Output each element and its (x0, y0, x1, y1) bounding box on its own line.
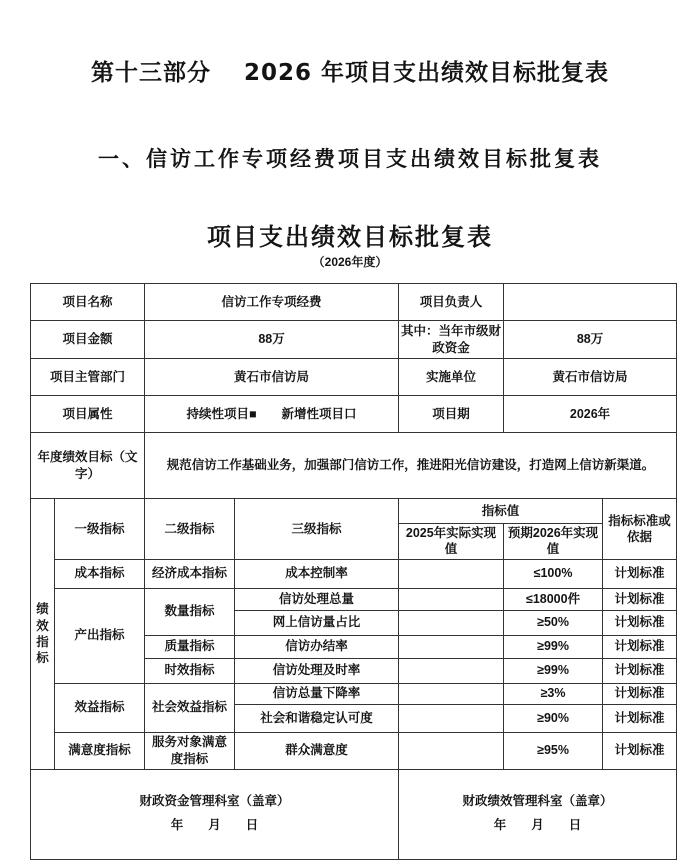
project-amount-value: 88万 (145, 321, 399, 359)
indicator-expected-2026-cell: ≥3% (504, 683, 603, 704)
project-leader-value (504, 284, 677, 321)
city-fund-label: 其中：当年市级财政资金 (399, 321, 504, 359)
indicator-actual-2025-cell (399, 610, 504, 635)
indicator-actual-2025-cell (399, 658, 504, 683)
indicator-standard-cell: 计划标准 (603, 635, 677, 658)
indicator-expected-2026-cell: ≥90% (504, 704, 603, 732)
header-actual-2025: 2025年实际实现值 (399, 524, 504, 560)
indicator-level3-cell: 信访总量下降率 (235, 683, 399, 704)
section-title: 一、信访工作专项经费项目支出绩效目标批复表 (0, 143, 700, 173)
indicator-standard-cell: 计划标准 (603, 683, 677, 704)
annual-goal-text: 规范信访工作基础业务，加强部门信访工作，推进阳光信访建设，打造网上信访新渠道。 (145, 433, 677, 499)
header-level2: 二级指标 (145, 499, 235, 560)
header-level3: 三级指标 (235, 499, 399, 560)
form-subtitle: （2026年度） (0, 253, 700, 270)
competent-dept-label: 项目主管部门 (31, 359, 145, 396)
header-level1: 一级指标 (55, 499, 145, 560)
approval-form-table: 项目名称 信访工作专项经费 项目负责人 项目金额 88万 其中：当年市级财政资金… (30, 283, 677, 860)
part-title: 第十三部分 2026 年项目支出绩效目标批复表 (0, 54, 700, 87)
indicator-level3-cell: 成本控制率 (235, 559, 399, 588)
header-value-group: 指标值 (399, 499, 603, 524)
indicator-actual-2025-cell (399, 732, 504, 769)
performance-indicator-side-label: 绩效指标 (31, 499, 55, 770)
indicator-expected-2026-cell: ≤100% (504, 559, 603, 588)
indicator-expected-2026-cell: ≥50% (504, 610, 603, 635)
project-attribute-label: 项目属性 (31, 396, 145, 433)
indicator-level3-cell: 社会和谐稳定认可度 (235, 704, 399, 732)
implement-unit-value: 黄石市信访局 (504, 359, 677, 396)
project-name-value: 信访工作专项经费 (145, 284, 399, 321)
annual-goal-label: 年度绩效目标（文字） (31, 433, 145, 499)
indicator-level3-cell: 网上信访量占比 (235, 610, 399, 635)
form-title: 项目支出绩效目标批复表 (0, 217, 700, 252)
indicator-standard-cell: 计划标准 (603, 658, 677, 683)
project-amount-label: 项目金额 (31, 321, 145, 359)
indicator-level3-cell: 信访处理及时率 (235, 658, 399, 683)
indicator-actual-2025-cell (399, 683, 504, 704)
indicator-level2-cell: 质量指标 (145, 635, 235, 658)
indicator-standard-cell: 计划标准 (603, 610, 677, 635)
project-period-label: 项目期 (399, 396, 504, 433)
indicator-actual-2025-cell (399, 635, 504, 658)
signoff-right-date: 年 月 日 (401, 814, 674, 838)
indicator-standard-cell: 计划标准 (603, 559, 677, 588)
project-period-value: 2026年 (504, 396, 677, 433)
header-expected-2026-text: 预期2026年实现值 (506, 525, 600, 558)
indicator-level2-cell: 时效指标 (145, 658, 235, 683)
indicator-standard-cell: 计划标准 (603, 588, 677, 610)
indicator-level2-cell: 服务对象满意度指标 (145, 732, 235, 769)
project-leader-label: 项目负责人 (399, 284, 504, 321)
indicator-level3-cell: 信访办结率 (235, 635, 399, 658)
city-fund-value: 88万 (504, 321, 677, 359)
header-expected-2026: 预期2026年实现值 (504, 524, 603, 560)
indicator-level2-cell: 社会效益指标 (145, 683, 235, 732)
indicator-standard-cell: 计划标准 (603, 732, 677, 769)
indicator-expected-2026-cell: ≥95% (504, 732, 603, 769)
indicator-actual-2025-cell (399, 704, 504, 732)
indicator-level2-cell: 数量指标 (145, 588, 235, 635)
indicator-standard-cell: 计划标准 (603, 704, 677, 732)
indicator-level1-cell: 效益指标 (55, 683, 145, 732)
signoff-right-cell: 财政绩效管理科室（盖章） 年 月 日 (399, 769, 677, 859)
indicator-expected-2026-cell: ≥99% (504, 658, 603, 683)
project-name-label: 项目名称 (31, 284, 145, 321)
indicator-level1-cell: 成本指标 (55, 559, 145, 588)
indicator-level1-cell: 产出指标 (55, 588, 145, 683)
indicator-actual-2025-cell (399, 559, 504, 588)
indicator-level2-cell: 经济成本指标 (145, 559, 235, 588)
indicator-expected-2026-cell: ≥99% (504, 635, 603, 658)
competent-dept-value: 黄石市信访局 (145, 359, 399, 396)
signoff-left-title: 财政资金管理科室（盖章） (33, 790, 396, 814)
indicator-actual-2025-cell (399, 588, 504, 610)
indicator-level3-cell: 群众满意度 (235, 732, 399, 769)
signoff-left-cell: 财政资金管理科室（盖章） 年 月 日 (31, 769, 399, 859)
implement-unit-label: 实施单位 (399, 359, 504, 396)
indicator-level3-cell: 信访处理总量 (235, 588, 399, 610)
header-standard: 指标标准或依据 (603, 499, 677, 560)
indicator-level1-cell: 满意度指标 (55, 732, 145, 769)
project-attribute-value: 持续性项目■ 新增性项目口 (145, 396, 399, 433)
header-actual-2025-text: 2025年实际实现值 (401, 525, 501, 558)
signoff-right-title: 财政绩效管理科室（盖章） (401, 790, 674, 814)
indicator-expected-2026-cell: ≤18000件 (504, 588, 603, 610)
signoff-left-date: 年 月 日 (33, 814, 396, 838)
